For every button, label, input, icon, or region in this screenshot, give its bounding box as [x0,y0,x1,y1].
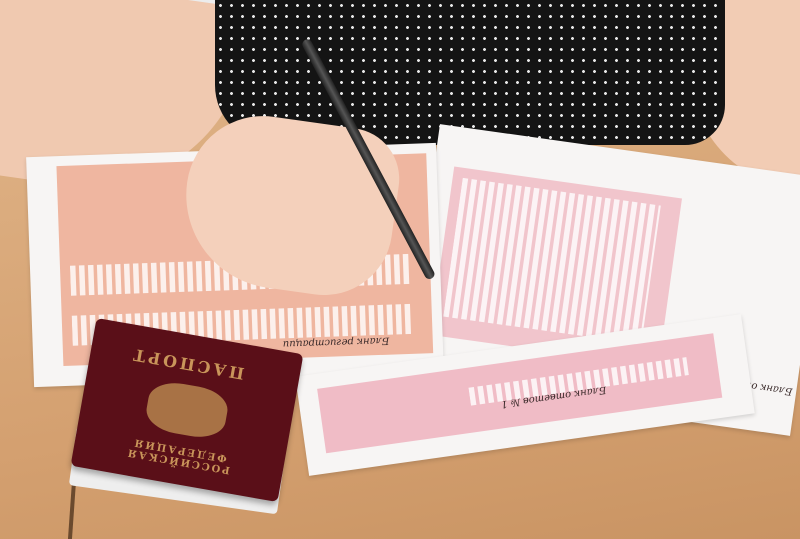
passport-country: РОССИЙСКАЯ ФЕДЕРАЦИЯ [108,432,250,478]
coat-of-arms-icon [143,378,230,441]
passport-title: ПАСПОРТ [129,345,245,384]
photo-scene: Бланк ответов № 2 Бланк регистрации Блан… [0,0,800,539]
